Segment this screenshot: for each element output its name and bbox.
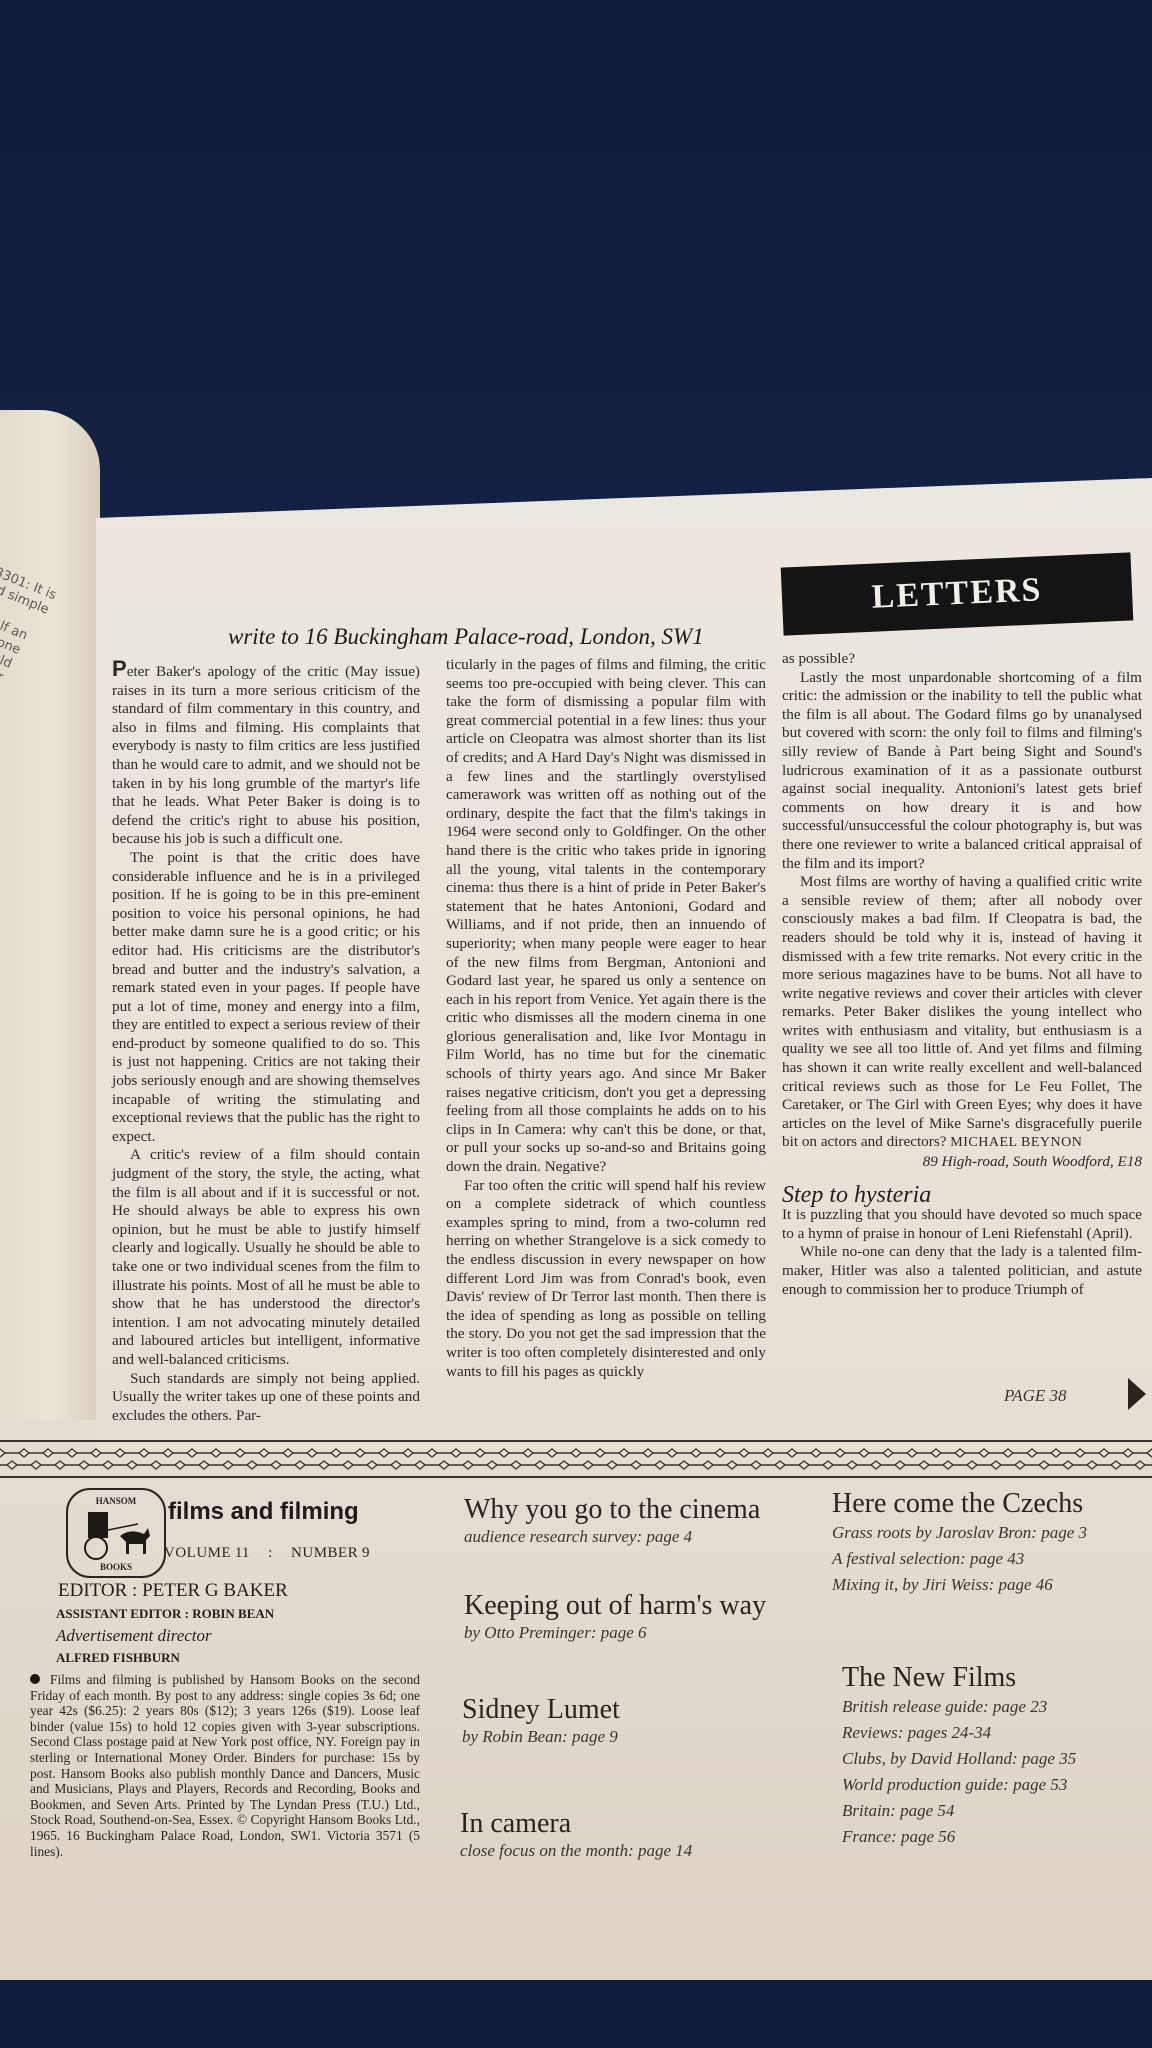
contents-entry: In cameraclose focus on the month: page …	[460, 1808, 692, 1862]
volume-number: VOLUME 11 : NUMBER 9	[164, 1545, 369, 1562]
continued-page-ref: PAGE 38	[1004, 1386, 1067, 1406]
letter-column-2: ticularly in the pages of films and film…	[446, 656, 766, 1381]
adjacent-page-text: 3301: It is nd simple f half an s at one…	[0, 565, 91, 958]
contents-entry: Sidney Lumetby Robin Bean: page 9	[462, 1694, 620, 1748]
contents-entry: Here come the Czechs Grass roots by Jaro…	[832, 1488, 1087, 1598]
svg-text:BOOKS: BOOKS	[100, 1562, 132, 1572]
paragraph: It is puzzling that you should have devo…	[782, 1206, 1142, 1243]
letter-heading: Step to hysteria	[782, 1186, 1142, 1205]
paragraph: Peter Baker's apology of the critic (May…	[112, 660, 420, 849]
signature-address: 89 High-road, South Woodford, E18	[782, 1153, 1142, 1172]
editor-credit: EDITOR : PETER G BAKER	[58, 1580, 288, 1602]
advertisement-director-name: ALFRED FISHBURN	[56, 1650, 180, 1666]
ornamental-divider	[0, 1440, 1152, 1478]
drop-cap: P	[112, 656, 127, 681]
paragraph: Most films are worthy of having a qualif…	[782, 873, 1142, 1153]
paragraph: While no-one can deny that the lady is a…	[782, 1243, 1142, 1299]
paragraph: ticularly in the pages of films and film…	[446, 656, 766, 1177]
contents-entry: Keeping out of harm's wayby Otto Preming…	[464, 1590, 766, 1644]
magazine-title: films and filming	[168, 1498, 359, 1526]
publication-imprint: Films and filming is published by Hansom…	[30, 1672, 420, 1859]
advertisement-director-label: Advertisement director	[56, 1626, 212, 1646]
letters-title: LETTERS	[871, 571, 1043, 616]
paragraph: Such standards are simply not being appl…	[112, 1370, 420, 1426]
hansom-cab-icon: HANSOM BOOKS	[66, 1488, 166, 1578]
letter-signature: MICHAEL BEYNON	[950, 1135, 1082, 1150]
paragraph: as possible?	[782, 650, 1142, 669]
letter-column-3: as possible? Lastly the most unpardonabl…	[782, 650, 1142, 1299]
letter-column-1: Peter Baker's apology of the critic (May…	[112, 660, 420, 1425]
continue-arrow-icon	[1128, 1378, 1146, 1410]
bullet-icon	[30, 1674, 40, 1684]
paragraph: Far too often the critic will spend half…	[446, 1177, 766, 1382]
paragraph: The point is that the critic does have c…	[112, 849, 420, 1147]
paragraph: Lastly the most unpardonable shortcoming…	[782, 669, 1142, 874]
adjacent-page-edge: 3301: It is nd simple f half an s at one…	[0, 410, 100, 1530]
paragraph: A critic's review of a film should conta…	[112, 1146, 420, 1369]
contents-entry: Why you go to the cinemaaudience researc…	[464, 1494, 760, 1548]
svg-text:HANSOM: HANSOM	[96, 1496, 137, 1506]
address-heading: write to 16 Buckingham Palace-road, Lond…	[228, 624, 704, 650]
contents-entry: The New Films British release guide: pag…	[842, 1662, 1076, 1850]
assistant-editor-credit: ASSISTANT EDITOR : ROBIN BEAN	[56, 1606, 274, 1622]
